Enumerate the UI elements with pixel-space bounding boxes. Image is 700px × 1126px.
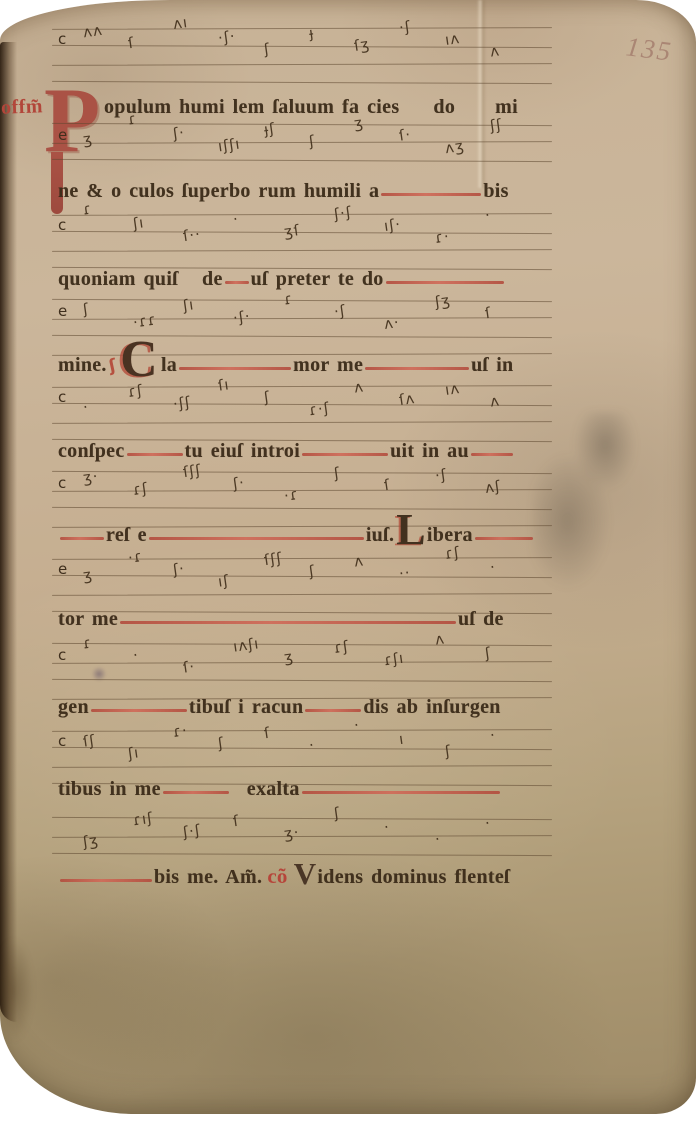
neume-mark: · [489, 558, 497, 577]
red-extender-line [302, 791, 500, 795]
neume-mark: ıʃ [217, 571, 231, 590]
neume-mark: ʒ [81, 129, 93, 148]
neume-mark: ſ· [398, 125, 412, 145]
red-extender-line [127, 453, 183, 457]
neume-mark: ʌ [353, 551, 365, 570]
lyric-text: ne & o culos ſuperbo rum humili a [58, 180, 379, 203]
red-extender-line [60, 537, 104, 541]
neume-mark: ſʃ [81, 731, 96, 751]
lyric-line: quoniam quiſdeuſ preter te do [58, 268, 552, 291]
neume-mark: ʃ· [172, 559, 186, 578]
neume-mark: ʌʒ [444, 137, 466, 158]
neume-mark: ·ʃ· [232, 307, 252, 327]
staff-line [52, 27, 552, 30]
red-extender-line [91, 709, 187, 713]
neume-mark: ɾ· [172, 721, 189, 741]
neume-mark: ʃı [127, 743, 141, 762]
lyric-text: tibus in me [58, 778, 161, 801]
chant-systems: cʌʌſʌı·ʃ·ʃɟſʒ·ʃıʌʌopulum humi lem ſaluum… [58, 0, 550, 1114]
clef-letter: c [58, 216, 66, 234]
neume-mark: ·ʃ [333, 301, 347, 320]
red-extender-line [163, 791, 229, 795]
neume-mark: ʃ·ʃ [333, 203, 353, 223]
neume-mark: ʃı [132, 213, 146, 232]
staff-line [52, 593, 552, 596]
staff-line [52, 45, 552, 49]
neume-mark: ʌı [172, 13, 189, 33]
neume-mark: ſ [262, 724, 271, 743]
manuscript-photo: { "page": { "folio_number": "135", "marg… [0, 0, 700, 1126]
neume-mark: ıʃʃı [217, 135, 242, 156]
red-extender-line [179, 367, 291, 371]
red-extender-line [305, 709, 361, 713]
red-extender-line [225, 281, 249, 285]
neume-mark: ʃı [182, 295, 196, 314]
lyric-text: tu eiuſ introi [185, 440, 301, 463]
neume-mark: · [484, 206, 492, 225]
red-ornament: ʃ [107, 355, 118, 376]
clef-letter: e [58, 302, 67, 320]
staff-line [52, 765, 552, 768]
lyric-line: bis me. Am̃.cõVidens dominus flenteſ [58, 864, 552, 889]
neume-mark: ʃ· [232, 473, 246, 492]
neume-mark: ɾıʃ [132, 809, 154, 830]
staff-line [52, 159, 552, 163]
music-staff: cʌʌſʌı·ʃ·ʃɟſʒ·ʃıʌʌ [58, 28, 550, 100]
staff-line [52, 249, 552, 252]
staff-line [52, 81, 552, 85]
music-staff: eʒɾʃ·ıʃʃıɟʃʃʒſ·ʌʒʃʃ [58, 124, 550, 178]
lyric-text: uſ de [458, 608, 504, 631]
neume-mark: ɾ [283, 289, 294, 308]
neume-mark: ɾʃ [127, 381, 144, 401]
staff-line [52, 507, 552, 511]
neume-mark: ·ʃʃ [172, 393, 192, 413]
clef-letter: e [58, 126, 67, 144]
neume-mark: ʃ [484, 644, 492, 663]
neume-mark: ·ɾɾ [132, 310, 158, 331]
neume-mark: ſ· [182, 657, 196, 677]
neume-mark: ɾʃı [383, 649, 405, 670]
lyric-text: mine. [58, 354, 107, 377]
lyric-text: bis [483, 180, 508, 203]
neume-mark: · [308, 736, 316, 755]
clef-letter: c [58, 646, 66, 664]
neume-mark: ſ [232, 812, 241, 831]
margin-rubric-offertory: offm̃ [1, 95, 44, 119]
neume-mark: ſʒ [353, 35, 371, 55]
lyric-text: tibuſ i racun [189, 696, 303, 719]
neume-mark: ʃ [443, 742, 451, 761]
neume-mark: ʃ [217, 734, 225, 753]
lyric-line: gentibuſ i racundis ab inſurgen [58, 696, 552, 719]
neume-mark: ʌʃ [484, 477, 502, 497]
neume-mark: ı [398, 730, 406, 749]
neume-mark: ʒ [283, 647, 295, 666]
neume-mark: ıʌ [444, 29, 461, 49]
neume-mark: ɾ [81, 633, 92, 652]
neume-mark: · [232, 210, 240, 229]
lyric-line: tibus in meexalta [58, 778, 552, 801]
lyric-text: iuſ. [366, 524, 394, 547]
lyric-text: la [161, 354, 177, 377]
neume-mark: ɟʃ [262, 119, 276, 138]
neume-mark: ʃ·ʃ [182, 821, 202, 841]
neume-mark: ʌ [489, 41, 501, 60]
clef-letter: c [58, 388, 66, 406]
neume-mark: ʃʃ [489, 115, 503, 135]
neume-mark: ʒ· [81, 467, 99, 487]
neume-mark: ʃʒ [81, 831, 99, 851]
lyric-text: uſ in [471, 354, 513, 377]
neume-mark: · [132, 646, 140, 665]
neume-mark: ʃ· [172, 123, 186, 142]
lyric-text: tor me [58, 608, 118, 631]
staff-line [52, 403, 552, 407]
lyric-line: reſ eiuſ.Libera [58, 524, 552, 547]
lyric-text: uſ preter te do [251, 268, 384, 291]
neume-mark: ſ [484, 304, 493, 323]
neume-mark: ſʃʃ [262, 549, 283, 569]
neume-mark: · [433, 830, 441, 849]
neume-mark: ɾʃ [444, 543, 461, 563]
neume-mark: ʌ· [383, 313, 401, 333]
staff-line [52, 679, 552, 683]
neume-mark: ·· [398, 563, 412, 582]
neume-mark: ʃ [81, 300, 89, 319]
neume-mark: ıʃ· [383, 215, 402, 235]
neume-mark: ʃʒ [433, 291, 451, 311]
staff-line [52, 557, 552, 560]
staff-line [52, 299, 552, 303]
staff-line [52, 213, 552, 216]
lyric-text: reſ e [106, 524, 147, 547]
staff-line [52, 729, 552, 732]
lyric-line: opulum humi lem ſaluum fa ciesdomi [58, 96, 598, 119]
staff-line [52, 575, 552, 579]
red-extender-line [381, 193, 481, 197]
lyric-text: bis me. Am̃. [154, 866, 262, 889]
neume-mark: ʌʌ [81, 21, 103, 42]
red-extender-line [365, 367, 469, 371]
neume-mark: ıʌʃı [232, 634, 261, 655]
lyric-text: idens dominus flenteſ [317, 866, 509, 889]
lyric-text: do [433, 96, 455, 119]
lyric-line: tor meuſ de [58, 608, 552, 631]
neume-mark: ʃ [262, 40, 270, 59]
clef-letter: c [58, 732, 66, 750]
neume-mark: ʒ· [283, 823, 301, 843]
neume-mark: ·ɾ [127, 547, 144, 567]
staff-line [52, 489, 552, 492]
neume-mark: ʃ [308, 132, 316, 151]
neume-mark: ʌ [489, 391, 501, 410]
staff-line [52, 317, 552, 320]
neume-mark: ɾ·ʃ [308, 399, 331, 420]
neume-mark: ʒſ [283, 221, 301, 241]
neume-mark: ſʃʃ [182, 461, 203, 481]
lyric-text: uit in au [390, 440, 469, 463]
clef-letter: c [58, 30, 66, 48]
lyric-text: dis ab inſurgen [363, 696, 500, 719]
neume-mark: ʃ [333, 464, 341, 483]
neume-mark: ɾ· [433, 227, 450, 247]
staff-line [52, 123, 552, 127]
lyric-line: mine.ʃClamor meuſ in [58, 354, 552, 377]
lyric-text: exalta [247, 778, 300, 801]
staff-line [52, 231, 552, 235]
neume-mark: ʃ [333, 804, 341, 823]
staff-line [52, 835, 552, 838]
neume-mark: ·ʃ· [217, 27, 237, 47]
folio-number: 135 [624, 31, 674, 67]
neume-mark: · [484, 814, 492, 833]
neume-mark: ɾʃ [132, 479, 149, 499]
staff-line [52, 141, 552, 144]
neume-mark: ɾʃ [333, 637, 350, 657]
lyric-text: gen [58, 696, 89, 719]
neume-mark: ſʌ [398, 389, 417, 409]
staff-line [52, 643, 552, 647]
neume-mark: ʌ [433, 629, 445, 648]
red-extender-line [386, 281, 504, 285]
staff-line [52, 817, 552, 821]
lyric-line: ne & o culos ſuperbo rum humili abis [58, 180, 552, 203]
neume-mark: ·ɾ [283, 485, 300, 505]
staff-line [52, 421, 552, 424]
neume-mark: ·ʃ [433, 465, 447, 484]
neume-mark: ſ [383, 476, 392, 495]
neume-mark: · [383, 818, 391, 837]
red-extender-line [120, 621, 456, 625]
red-extender-line [471, 453, 513, 457]
lyric-text: quoniam quiſ [58, 268, 178, 291]
lyric-text: mor me [293, 354, 363, 377]
red-extender-line [149, 537, 364, 541]
neume-mark: ɟ [308, 24, 316, 43]
page-binding-edge [0, 42, 17, 1022]
neume-mark: ·ʃ [398, 17, 412, 36]
red-extender-line [302, 453, 388, 457]
lyric-text: conſpec [58, 440, 125, 463]
staff-line [52, 63, 552, 66]
neume-mark: · [81, 398, 89, 417]
edge-stain [0, 915, 46, 1065]
lyric-text: de [202, 268, 223, 291]
neume-mark: ıʌ [444, 379, 461, 399]
clef-letter: e [58, 560, 67, 578]
red-extender-line [475, 537, 533, 541]
neume-mark: ʒ [81, 565, 93, 584]
neume-mark: ʌ [353, 377, 365, 396]
red-extender-line [60, 879, 152, 883]
staff-line [52, 661, 552, 664]
staff-line [52, 471, 552, 475]
neume-mark: ſ [127, 34, 136, 53]
lyric-line: conſpectu eiuſ introiuit in au [58, 440, 552, 463]
rubric-label: cõ [267, 864, 287, 889]
clef-letter: c [58, 474, 66, 492]
neume-mark: ſı [217, 375, 231, 394]
neume-mark: ʃ [308, 562, 316, 581]
neume-mark: ɾ [81, 199, 92, 218]
neume-mark: ſ·· [182, 225, 202, 245]
manuscript-page: 135 offm̃ P cʌʌſʌı·ʃ·ʃɟſʒ·ʃıʌʌopulum hum… [0, 0, 696, 1114]
